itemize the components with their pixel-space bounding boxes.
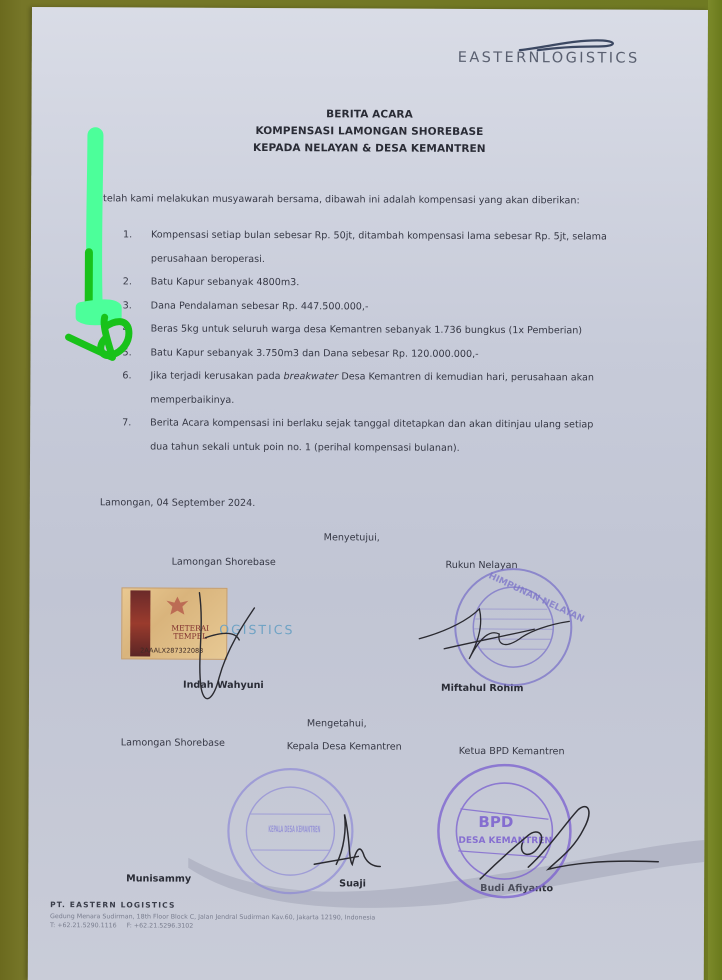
list-text: Berita Acara kompensasi ini berlaku seja…	[150, 412, 662, 438]
list-text-part: Jika terjadi kerusakan pada	[150, 371, 283, 383]
highlight-scribble	[68, 317, 128, 357]
list-item: 1. Kompensasi setiap bulan sebesar Rp. 5…	[123, 223, 663, 272]
list-number: 5.	[122, 341, 131, 365]
acknowledge-col1-label: Lamongan Shorebase	[121, 737, 225, 748]
kepala-desa-stamp	[228, 769, 353, 894]
list-number: 4.	[123, 317, 132, 341]
document-title: BERITA ACARA KOMPENSASI LAMONGAN SHOREBA…	[31, 105, 707, 159]
list-text-continued: memperbaikinya.	[150, 388, 662, 414]
document-page: EASTERNLOGISTICS BERITA ACARA KOMPENSASI…	[28, 7, 708, 980]
list-number: 7.	[122, 411, 131, 435]
list-item: 6. Jika terjadi kerusakan pada breakwate…	[122, 364, 662, 413]
swoosh-logo-icon	[518, 37, 628, 53]
highlight-mark-light	[94, 135, 96, 307]
meterai-label: METERAI TEMPEL	[170, 625, 210, 641]
list-number: 1.	[123, 223, 132, 247]
approval-right-name: Miftahul Rohim	[441, 683, 524, 694]
list-text: Beras 5kg untuk seluruh warga desa Keman…	[151, 318, 663, 344]
list-number: 2.	[123, 270, 132, 294]
list-item: 7. Berita Acara kompensasi ini berlaku s…	[122, 411, 662, 460]
emphasis-text: breakwater	[284, 371, 339, 382]
rukun-nelayan-stamp	[455, 569, 572, 686]
list-text: Jika terjadi kerusakan pada breakwater D…	[150, 365, 662, 391]
footer-address-block: Gedung Menara Sudirman, 18th Floor Block…	[50, 912, 375, 931]
list-item: 4. Beras 5kg untuk seluruh warga desa Ke…	[123, 317, 663, 343]
acknowledge-col2-label: Kepala Desa Kemantren	[287, 741, 402, 753]
background-frame	[708, 0, 722, 980]
bpd-stamp-label: BPD	[478, 813, 513, 831]
bpd-stamp	[438, 765, 571, 898]
list-number: 3.	[123, 294, 132, 318]
list-text-part: Desa Kemantren di kemudian hari, perusah…	[338, 371, 594, 383]
title-line-3: KEPADA NELAYAN & DESA KEMANTREN	[31, 139, 707, 159]
signature-miftahul	[419, 609, 569, 660]
approval-left-name: Indah Wahyuni	[183, 680, 264, 691]
footer-company: PT. EASTERN LOGISTICS	[50, 900, 176, 910]
acknowledge-heading: Mengetahui,	[307, 718, 367, 729]
list-item: 5. Batu Kapur sebanyak 3.750m3 dan Dana …	[122, 341, 662, 367]
acknowledge-col3-name: Budi Afiyanto	[480, 883, 553, 894]
footer-phone: T: +62.21.5290.1116	[50, 922, 117, 929]
list-item: 3. Dana Pendalaman sebesar Rp. 447.500.0…	[123, 294, 663, 320]
acknowledge-col1-name: Munisammy	[126, 873, 191, 884]
list-text: Kompensasi setiap bulan sebesar Rp. 50jt…	[151, 224, 663, 250]
photo-shadow	[188, 838, 704, 910]
list-text: Batu Kapur sebanyak 4800m3.	[151, 271, 663, 297]
stamp-text: HIMPUNAN NELAYAN	[487, 571, 586, 625]
garuda-emblem-icon	[164, 595, 190, 621]
approval-heading: Menyetujui,	[324, 532, 380, 543]
approval-left-label: Lamongan Shorebase	[172, 557, 276, 568]
compensation-list: 1. Kompensasi setiap bulan sebesar Rp. 5…	[122, 223, 663, 460]
meterai-stamp: METERAI TEMPEL 2AAALX287322083	[121, 587, 227, 659]
list-text-continued: dua tahun sekali untuk poin no. 1 (perih…	[150, 435, 662, 461]
acknowledge-col2-name: Suaji	[339, 878, 366, 889]
footer-contact: T: +62.21.5290.1116 F: +62.21.5296.3102	[50, 921, 375, 931]
date-line: Lamongan, 04 September 2024.	[100, 497, 256, 509]
intro-paragraph: etelah kami melakukan musyawarah bersama…	[97, 193, 580, 206]
list-number: 6.	[122, 364, 131, 388]
acknowledge-col3-label: Ketua BPD Kemantren	[459, 746, 565, 757]
footer-fax: F: +62.21.5296.3102	[127, 922, 194, 929]
approval-right-label: Rukun Nelayan	[446, 560, 518, 571]
bpd-stamp-sub: DESA KEMANTREN	[458, 836, 552, 846]
highlight-blob	[81, 304, 117, 320]
list-text: Batu Kapur sebanyak 3.750m3 dan Dana seb…	[150, 341, 662, 367]
list-text: Dana Pendalaman sebesar Rp. 447.500.000,…	[151, 294, 663, 320]
list-item: 2. Batu Kapur sebanyak 4800m3.	[123, 270, 663, 296]
list-text-continued: perusahaan beroperasi.	[151, 247, 663, 273]
signature-budi	[480, 806, 658, 880]
meterai-serial: 2AAALX287322083	[140, 646, 203, 654]
kepala-desa-stamp-text: KEPALA DESA KEMANTREN	[268, 825, 320, 835]
overlay-logo-text: OGISTICS	[219, 622, 294, 637]
company-logo: EASTERNLOGISTICS	[458, 49, 640, 68]
signature-suaji	[314, 814, 380, 866]
